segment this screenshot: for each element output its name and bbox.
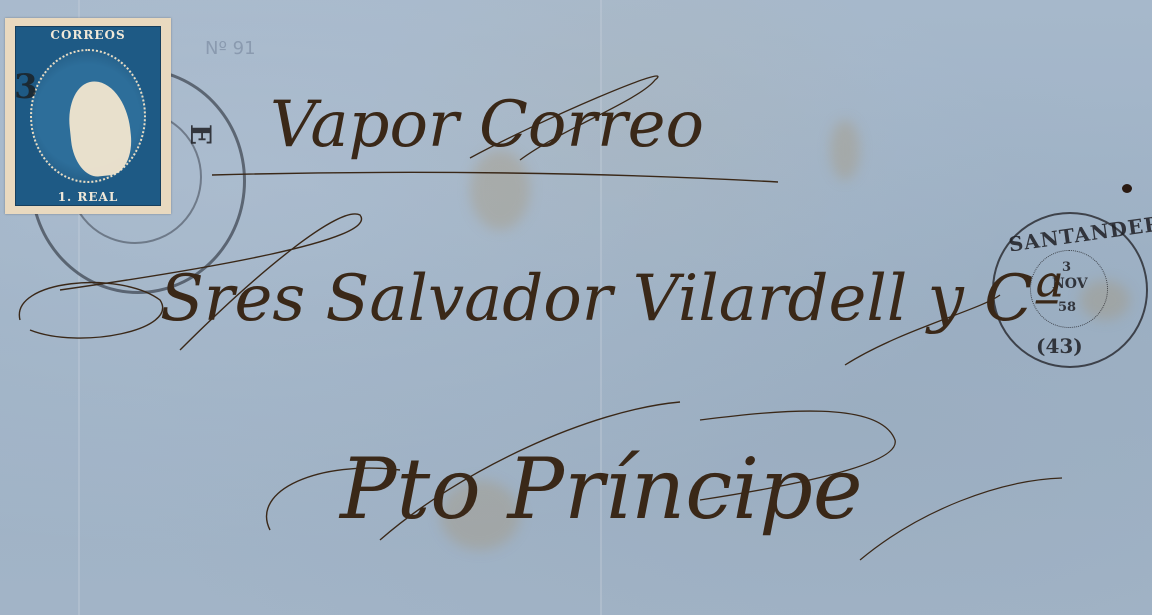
addressee-line: Sres Salvador Vilardell y Cª (160, 262, 1064, 336)
ink-blot (1122, 184, 1132, 193)
route-line: Vapor Correo (270, 88, 704, 162)
destination-line: Pto Príncipe (340, 440, 863, 538)
